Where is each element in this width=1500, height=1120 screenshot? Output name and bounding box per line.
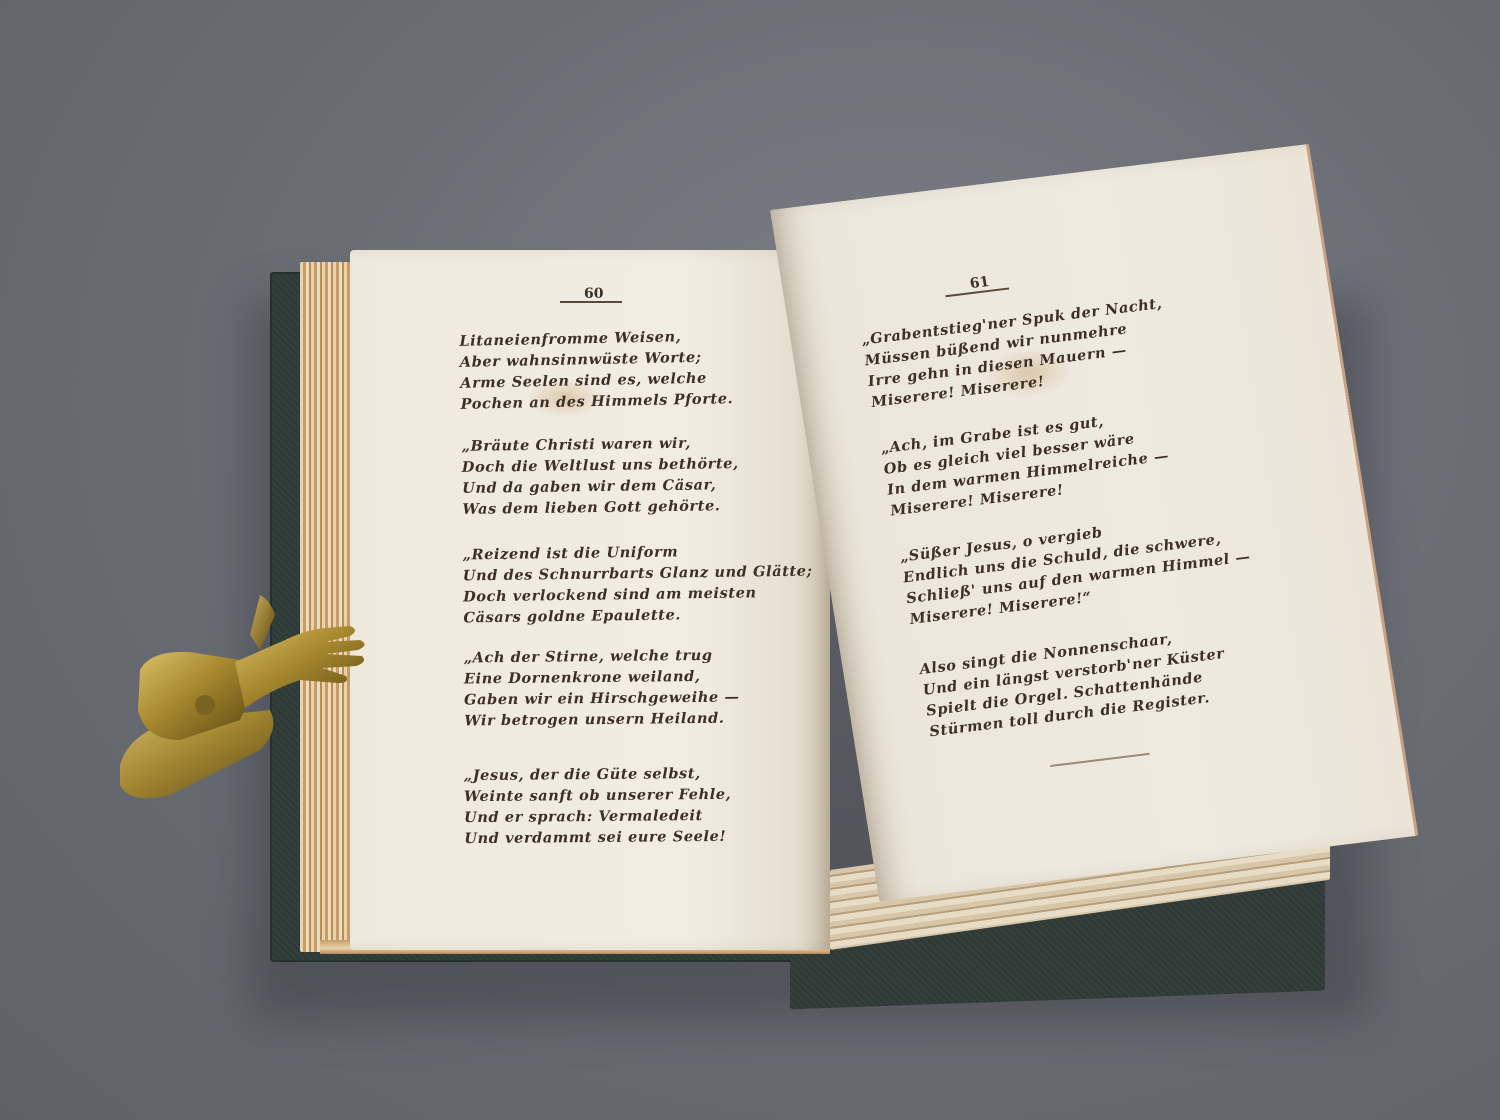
page-number-left: 60: [584, 286, 603, 302]
left-page: 60 Litaneienfromme Weisen, Aber wahnsinn…: [350, 250, 830, 950]
stanza-4: „Ach der Stirne, welche trug Eine Dornen…: [464, 645, 740, 732]
page-number-rule: [560, 301, 622, 303]
poem-line: Und er sprach: Vermaledeit: [464, 805, 732, 828]
poem-line: Gaben wir ein Hirschgeweihe —: [464, 687, 740, 711]
poem-line: „Ach der Stirne, welche trug: [464, 645, 740, 669]
poem-line: Wir betrogen unsern Heiland.: [464, 708, 740, 732]
brass-hand-clip-icon: [110, 590, 380, 810]
poem-line: Cäsars goldne Epaulette.: [463, 603, 813, 629]
poem-line: Eine Dornenkrone weiland,: [464, 666, 740, 690]
stanza-2: „Bräute Christi waren wir, Doch die Welt…: [461, 432, 739, 520]
stanza-9: Also singt die Nonnenschaar, Und ein län…: [918, 622, 1233, 742]
poem-line: Pochen an des Himmels Pforte.: [460, 388, 733, 415]
stanza-5: „Jesus, der die Güte selbst, Weinte sanf…: [464, 763, 732, 849]
poem-line: Und verdammt sei eure Seele!: [464, 826, 732, 849]
stanza-7: „Ach, im Grabe ist es gut, Ob es gleich …: [879, 404, 1174, 522]
stanza-1: Litaneienfromme Weisen, Aber wahnsinnwüs…: [459, 325, 733, 415]
end-ornament-rule: [1050, 753, 1150, 767]
photo-scene: 60 Litaneienfromme Weisen, Aber wahnsinn…: [0, 0, 1500, 1120]
poem-line: „Jesus, der die Güte selbst,: [464, 763, 732, 786]
stanza-8: „Süßer Jesus, o vergieb Endlich uns die …: [898, 505, 1255, 630]
stanza-3: „Reizend ist die Uniform Und des Schnurr…: [462, 540, 813, 629]
stanza-6: „Grabentstieg'ner Spuk der Nacht, Müssen…: [860, 293, 1174, 413]
poem-line: Was dem lieben Gott gehörte.: [462, 495, 739, 520]
poem-line: Weinte sanft ob unserer Fehle,: [464, 784, 732, 807]
right-page: 61 „Grabentstieg'ner Spuk der Nacht, Müs…: [770, 144, 1419, 902]
